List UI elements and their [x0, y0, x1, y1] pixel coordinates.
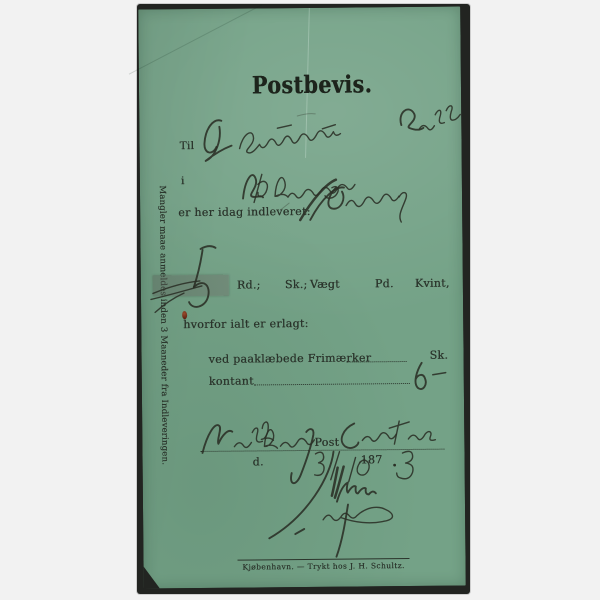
imprint-footer: Kjøbenhavn. — Trykt hos J. H. Schultz.	[219, 558, 429, 572]
postbevis-document: Postbevis. Mangler maae anmeldes inden 3…	[138, 6, 466, 588]
handwriting-contor: Contor	[342, 421, 436, 448]
handwriting-place: Vordingborg	[202, 422, 315, 484]
handwriting-signature: (underskrift)	[295, 466, 393, 557]
handwriting-item: (ulæseligt)	[280, 179, 407, 223]
handwriting-addressee: Hr. Lieutenant Rohde	[204, 106, 461, 161]
handwriting-amount-5: 5	[151, 246, 217, 312]
torn-corner	[144, 566, 160, 588]
photo-background: Postbevis. Mangler maae anmeldes inden 3…	[0, 0, 600, 600]
handwriting-year-digit: 3	[393, 451, 413, 479]
handwriting-date: 3/10	[268, 451, 369, 538]
photo-mat: Postbevis. Mangler maae anmeldes inden 3…	[137, 4, 470, 594]
handwriting-kontant-amount: 6 —	[415, 363, 446, 389]
handwriting-layer: Hr. Lieutenant Rohde Kjøbenhavn	[138, 6, 466, 588]
